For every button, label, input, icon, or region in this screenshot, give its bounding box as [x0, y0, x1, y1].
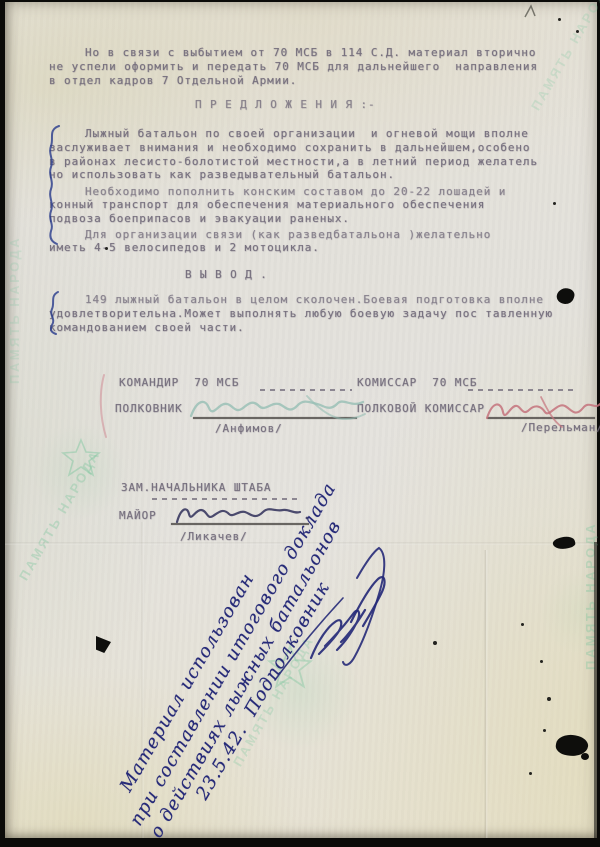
- damage-speck: [433, 641, 437, 645]
- damage-spot: [581, 753, 589, 760]
- dotted-line: [468, 389, 573, 391]
- watermark-star-icon: [61, 438, 101, 478]
- typed-line-conclusion-2: удовлетворительна.Может выполнять любую …: [49, 307, 553, 321]
- commissar-signature-ink: [483, 392, 600, 430]
- typed-line-signals-1: Для организации связи (как разведбатальо…: [85, 228, 491, 242]
- scanned-archive-photo: { "document": { "typed": { "intro": [ "Н…: [0, 0, 600, 847]
- damage-speck: [540, 660, 543, 663]
- typed-line-conclusion-1: 149 лыжный батальон в целом сколочен.Бое…: [85, 293, 544, 307]
- typed-line-conclusion-3: командованием своей части.: [49, 321, 245, 335]
- paper-crease: [484, 550, 488, 838]
- dotted-line: [260, 389, 352, 391]
- chief-of-staff-rank: МАЙОР: [119, 509, 157, 523]
- damage-speck: [521, 623, 524, 626]
- pen-mark: [523, 4, 539, 20]
- watermark-text: ПАМЯТЬ НАРОДА: [7, 236, 22, 384]
- commissar-title: КОМИССАР 70 МСБ: [357, 376, 477, 390]
- commissar-rank: ПОЛКОВОЙ КОМИССАР: [357, 402, 485, 416]
- typed-line-battalion-4: но использовать как разведывательный бат…: [49, 168, 395, 182]
- typed-line-horses-3: подвоза боеприпасов и эвакуации раненых.: [49, 212, 350, 226]
- chief-of-staff-signature-ink: [173, 498, 313, 530]
- typed-line-horses-1: Необходимо пополнить конским составом до…: [85, 185, 506, 199]
- damage-speck: [543, 729, 546, 732]
- scan-edge-shadow: [594, 542, 597, 838]
- commander-rank: ПОЛКОВНИК: [115, 402, 183, 416]
- damage-speck: [558, 18, 561, 21]
- note-signature-ink: [267, 538, 397, 688]
- typed-line-battalion-2: заслуживает внимания и необходимо сохран…: [49, 141, 530, 155]
- typed-line-battalion-1: Лыжный батальон по своей организации и о…: [85, 127, 529, 141]
- typed-line-intro-3: в отдел кадров 7 Отдельной Армии.: [49, 74, 297, 88]
- red-pencil-mark: [97, 373, 109, 439]
- typed-line-horses-2: конный транспорт для обеспечения материа…: [49, 198, 485, 212]
- typed-line-signals-2: иметь 4-5 велосипедов и 2 мотоцикла.: [49, 241, 320, 255]
- damage-speck: [529, 772, 532, 775]
- heading-conclusion: В Ы В О Д .: [185, 268, 268, 282]
- margin-brace-ink: [43, 124, 63, 246]
- typed-line-intro-2: не успели оформить и передать 70 МСБ для…: [49, 60, 538, 74]
- damage-speck: [553, 202, 556, 205]
- damage-spot: [552, 535, 576, 552]
- chief-of-staff-title: ЗАМ.НАЧАЛЬНИКА ШТАБА: [121, 481, 271, 495]
- damage-speck: [576, 30, 579, 33]
- damage-speck: [547, 697, 551, 701]
- typed-line-intro-1: Но в связи с выбытием от 70 МСБ в 114 С.…: [85, 46, 536, 60]
- typed-line-battalion-3: в районах лесисто-болотистой местности,а…: [49, 155, 538, 169]
- commander-title: КОМАНДИР 70 МСБ: [119, 376, 239, 390]
- damage-spot: [555, 286, 576, 306]
- damage-spot: [96, 636, 111, 653]
- damage-speck: [105, 247, 108, 250]
- heading-proposals: П Р Е Д Л О Ж Е Н И Я :-: [195, 98, 376, 112]
- chief-of-staff-name: /Ликачев/: [180, 530, 248, 544]
- commander-signature-ink: [189, 392, 369, 428]
- margin-brace-ink: [46, 290, 62, 336]
- document-page: ПАМЯТЬ НАРОДА ПАМЯТЬ НАРОДА ПАМЯТЬ НАРОД…: [5, 2, 597, 838]
